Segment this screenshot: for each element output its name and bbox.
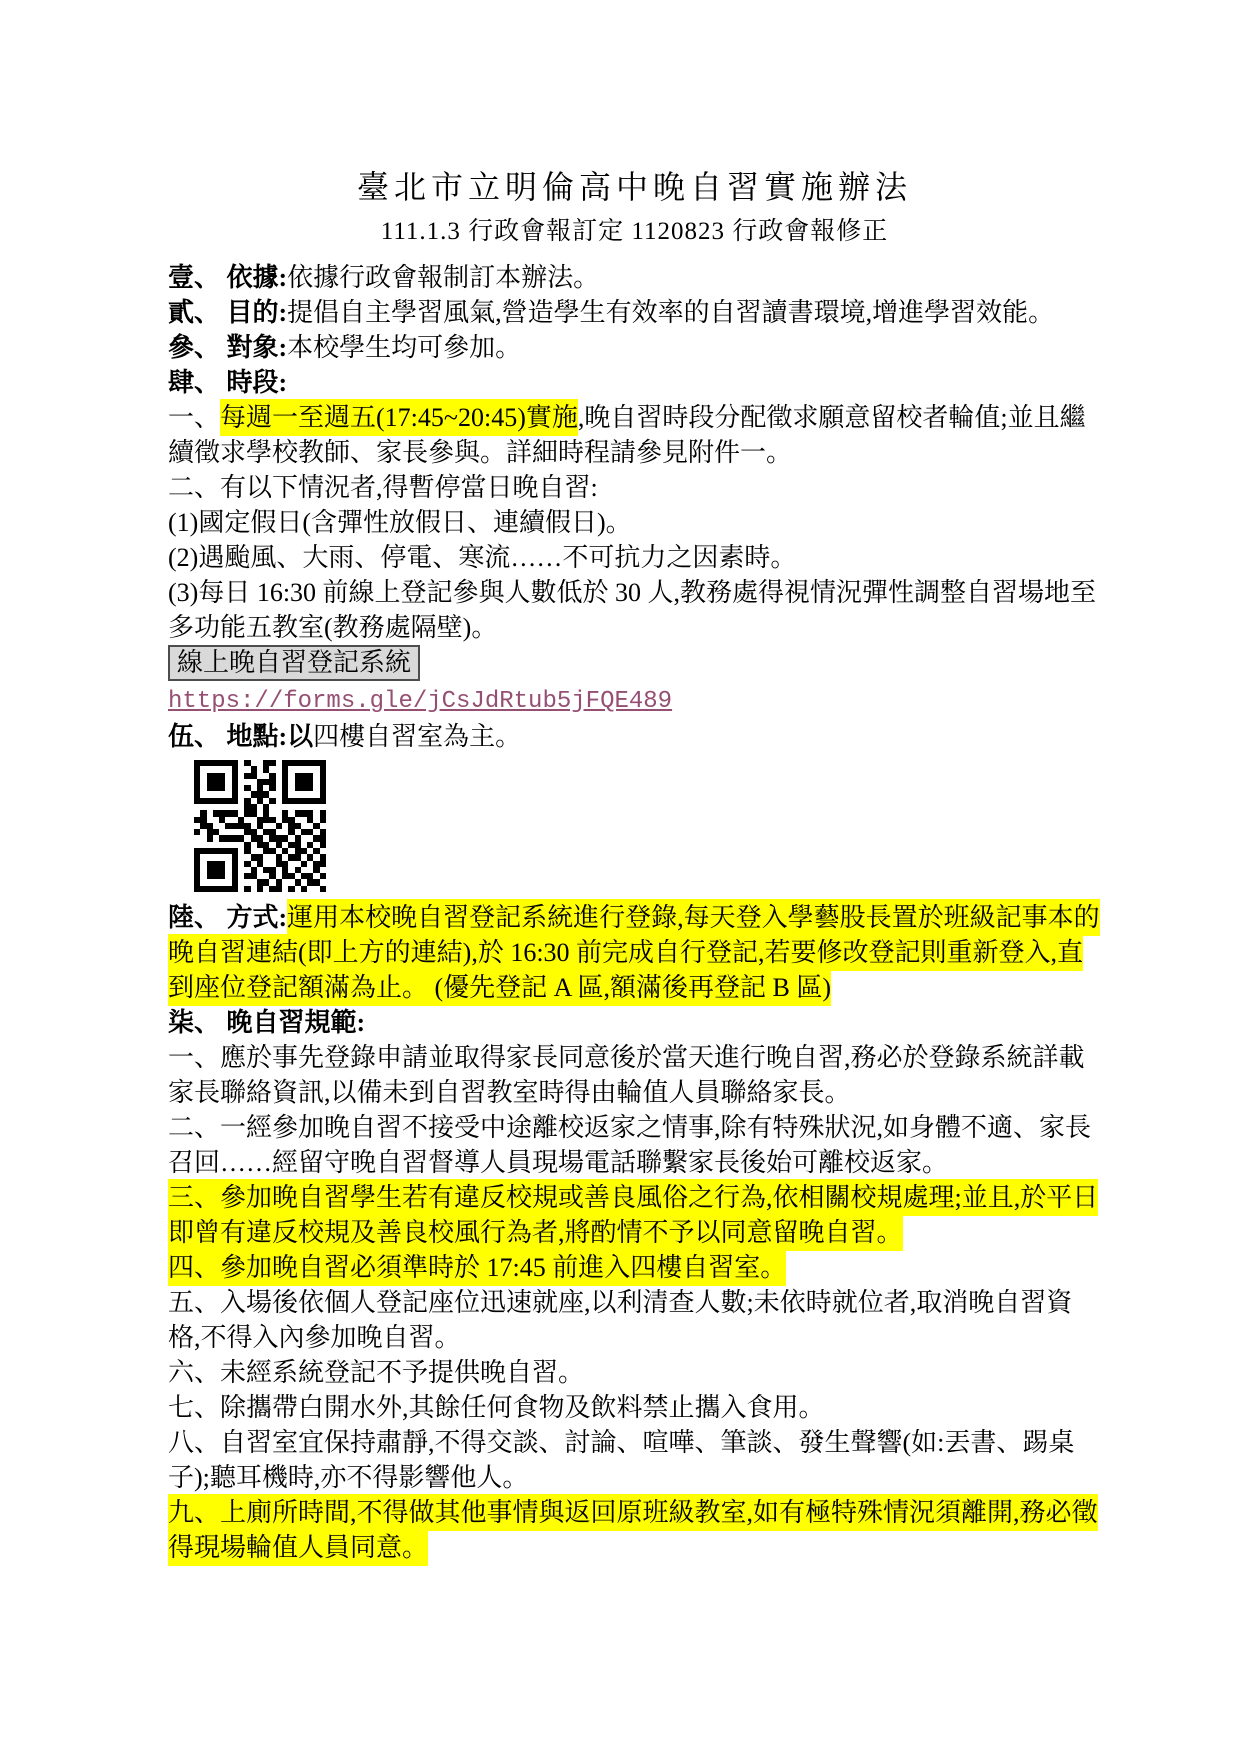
schedule-item1-highlight: 每週一至週五(17:45~20:45)實施 [220,399,578,436]
schedule-item2-text: 二、有以下情況者,得暫停當日晚自習: [168,473,598,502]
schedule-label: 肆、 時段: [168,368,287,397]
qr-code [194,760,326,892]
location-text: 四樓自習室為主。 [313,722,521,751]
rule-6: 六、未經系統登記不予提供晚自習。 [168,1355,1101,1390]
section-rules-heading: 柒、 晚自習規範: [168,1005,1101,1040]
purpose-text: 提倡自主學習風氣,營造學生有效率的自習讀書環境,增進學習效能。 [287,298,1054,327]
rules-label: 柒、 晚自習規範: [168,1008,365,1037]
location-label: 伍、 地點:以 [168,722,313,751]
schedule-item-2-sub3: (3)每日 16:30 前線上登記參與人數低於 30 人,教務處得視情況彈性調整… [168,575,1101,645]
rule-7-text: 七、除攜帶白開水外,其餘任何食物及飲料禁止攜入食用。 [168,1393,825,1422]
target-label: 參、 對象: [168,333,287,362]
rule-5: 五、入場後依個人登記座位迅速就座,以利清查人數;未依時就位者,取消晚自習資格,不… [168,1285,1101,1355]
rule-4-text: 四、參加晚自習必須準時於 17:45 前進入四樓自習室。 [168,1249,786,1286]
section-basis: 壹、 依據:依據行政會報制訂本辦法。 [168,260,1101,295]
basis-text: 依據行政會報制訂本辦法。 [287,263,599,292]
document-subtitle: 111.1.3 行政會報訂定 1120823 行政會報修正 [168,212,1101,252]
registration-system-box-line: 線上晚自習登記系統 [168,645,1101,681]
rule-9: 九、上廁所時間,不得做其他事情與返回原班級教室,如有極特殊情況須離開,務必徵得現… [168,1495,1101,1565]
document-title: 臺北市立明倫高中晚自習實施辦法 [168,164,1101,210]
document-page: 臺北市立明倫高中晚自習實施辦法 111.1.3 行政會報訂定 1120823 行… [0,0,1241,1755]
section-purpose: 貳、 目的:提倡自主學習風氣,營造學生有效率的自習讀書環境,增進學習效能。 [168,295,1101,330]
section-location: 伍、 地點:以四樓自習室為主。 [168,719,1101,754]
target-text: 本校學生均可參加。 [287,333,521,362]
rule-8: 八、自習室宜保持肅靜,不得交談、討論、喧嘩、筆談、發生聲響(如:丟書、踢桌子);… [168,1425,1101,1495]
method-highlight: 運用本校晚自習登記系統進行登錄,每天登入學藝股長置於班級記事本的晚自習連結(即上… [168,899,1100,1006]
schedule-item-2: 二、有以下情況者,得暫停當日晚自習: [168,470,1101,505]
schedule-item-2-sub2: (2)遇颱風、大雨、停電、寒流……不可抗力之因素時。 [168,540,1101,575]
schedule-item2-sub2-text: (2)遇颱風、大雨、停電、寒流……不可抗力之因素時。 [168,543,796,572]
rule-3-text: 三、參加晚自習學生若有違反校規或善良風俗之行為,依相關校規處理;並且,於平日即曾… [168,1179,1098,1251]
rule-9-text: 九、上廁所時間,不得做其他事情與返回原班級教室,如有極特殊情況須離開,務必徵得現… [168,1494,1098,1566]
basis-label: 壹、 依據: [168,263,287,292]
rule-7: 七、除攜帶白開水外,其餘任何食物及飲料禁止攜入食用。 [168,1390,1101,1425]
registration-system-label: 線上晚自習登記系統 [168,645,420,681]
rule-6-text: 六、未經系統登記不予提供晚自習。 [168,1358,584,1387]
rule-3: 三、參加晚自習學生若有違反校規或善良風俗之行為,依相關校規處理;並且,於平日即曾… [168,1180,1101,1250]
schedule-item2-sub3-text: (3)每日 16:30 前線上登記參與人數低於 30 人,教務處得視情況彈性調整… [168,578,1096,642]
purpose-label: 貳、 目的: [168,298,287,327]
schedule-item1-prefix: 一、 [168,403,220,432]
schedule-item-2-sub1: (1)國定假日(含彈性放假日、連續假日)。 [168,505,1101,540]
rule-4: 四、參加晚自習必須準時於 17:45 前進入四樓自習室。 [168,1250,1101,1285]
section-target: 參、 對象:本校學生均可參加。 [168,330,1101,365]
rule-2: 二、一經參加晚自習不接受中途離校返家之情事,除有特殊狀況,如身體不適、家長召回…… [168,1110,1101,1180]
method-label: 陸、 方式: [168,903,287,932]
rule-2-text: 二、一經參加晚自習不接受中途離校返家之情事,除有特殊狀況,如身體不適、家長召回…… [168,1113,1091,1177]
section-schedule-heading: 肆、 時段: [168,365,1101,400]
registration-link[interactable]: https://forms.gle/jCsJdRtub5jFQE489 [168,688,672,715]
rule-5-text: 五、入場後依個人登記座位迅速就座,以利清查人數;未依時就位者,取消晚自習資格,不… [168,1288,1072,1352]
registration-link-line: https://forms.gle/jCsJdRtub5jFQE489 [168,681,1101,719]
rule-8-text: 八、自習室宜保持肅靜,不得交談、討論、喧嘩、筆談、發生聲響(如:丟書、踢桌子);… [168,1428,1074,1492]
section-method: 陸、 方式:運用本校晚自習登記系統進行登錄,每天登入學藝股長置於班級記事本的晚自… [168,900,1101,1005]
schedule-item2-sub1-text: (1)國定假日(含彈性放假日、連續假日)。 [168,508,632,537]
rule-1-text: 一、應於事先登錄申請並取得家長同意後於當天進行晚自習,務必於登錄系統詳載家長聯絡… [168,1043,1085,1107]
rule-1: 一、應於事先登錄申請並取得家長同意後於當天進行晚自習,務必於登錄系統詳載家長聯絡… [168,1040,1101,1110]
schedule-item-1: 一、每週一至週五(17:45~20:45)實施,晚自習時段分配徵求願意留校者輪值… [168,400,1101,470]
